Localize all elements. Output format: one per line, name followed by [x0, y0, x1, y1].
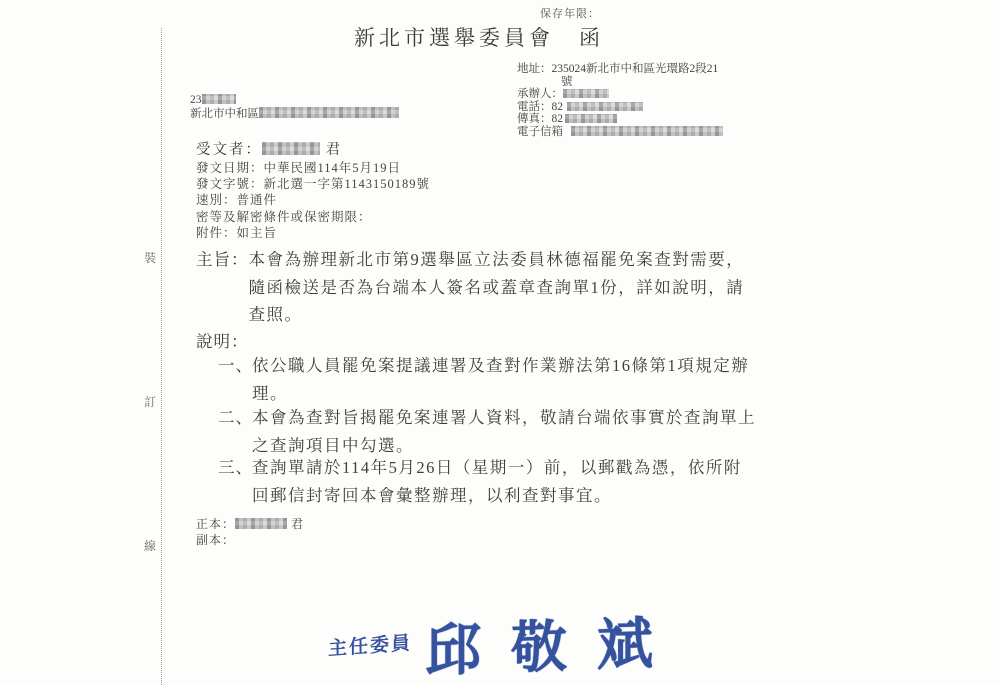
secrecy-line: 密等及解密條件或保密期限：: [196, 209, 430, 225]
document-title: 新北市選舉委員會 函: [354, 22, 604, 52]
explanation-item-3: 三、 查詢單請於114年5月26日（星期一）前，以郵戳為憑，依所附回郵信封寄回本…: [218, 454, 757, 509]
copies-block: 正本： 君 副本：: [196, 516, 304, 548]
speed-class-line: 速別：普通件: [196, 192, 430, 208]
redacted-original-recipient-name: [235, 518, 287, 529]
signature-name-stamp: 邱敬斌: [425, 598, 683, 685]
explanation-label: 說明：: [196, 328, 249, 352]
binding-mark-zhuang: 裝: [142, 249, 158, 266]
recipient-mailing-address: 23 新北市中和區: [190, 93, 399, 121]
issue-number-line: 發文字號：新北選一字第1143150189號: [196, 176, 430, 192]
explanation-item-2: 二、 本會為查對旨揭罷免案連署人資料，敬請台端依事實於查詢單上之查詢項目中勾選。: [218, 404, 757, 459]
retention-period-label: 保存年限：: [540, 5, 600, 21]
sender-email: 電子信箱: [517, 126, 723, 139]
sender-contact-person: 承辦人：: [517, 88, 723, 101]
redacted-contact-person: [563, 89, 609, 98]
item-2-text: 本會為查對旨揭罷免案連署人資料，敬請台端依事實於查詢單上之查詢項目中勾選。: [252, 404, 757, 459]
recipient-street-address: 新北市中和區: [190, 107, 399, 121]
original-copy-line: 正本： 君: [196, 516, 304, 532]
redacted-email-address: [571, 126, 723, 136]
subject-label: 主旨：: [196, 246, 249, 270]
sender-fax: 傳真：82: [517, 113, 723, 126]
item-3-text: 查詢單請於114年5月26日（星期一）前，以郵戳為憑，依所附回郵信封寄回本會彙整…: [252, 454, 757, 509]
binding-mark-ding: 訂: [142, 393, 158, 410]
item-2-number: 二、: [218, 404, 252, 428]
sender-contact-block: 地址：235024新北市中和區光環路2段21 號 承辦人： 電話：82 傳真：8…: [517, 63, 723, 138]
explanation-item-1: 一、 依公職人員罷免案提議連署及查對作業辦法第16條第1項規定辦理。: [218, 352, 757, 407]
issue-date-line: 發文日期：中華民國114年5月19日: [196, 160, 430, 176]
document-meta-block: 發文日期：中華民國114年5月19日 發文字號：新北選一字第1143150189…: [196, 160, 430, 241]
redacted-postal-code: [202, 94, 236, 104]
binding-dotted-line: [161, 28, 162, 685]
recipient-line: 受文者： 君: [196, 138, 342, 159]
recipient-postal-code: 23: [190, 93, 399, 107]
subject-block: 主旨： 本會為辦理新北市第9選舉區立法委員林德福罷免案查對需要，隨函檢送是否為台…: [196, 246, 754, 329]
sender-phone: 電話：82: [517, 101, 723, 114]
attachment-line: 附件：如主旨: [196, 225, 430, 241]
item-3-number: 三、: [218, 454, 252, 478]
duplicate-copy-line: 副本：: [196, 532, 304, 548]
redacted-recipient-name: [262, 142, 320, 155]
redacted-street-address: [259, 107, 399, 118]
binding-mark-xian: 線: [142, 537, 158, 554]
item-1-number: 一、: [218, 352, 252, 376]
scanned-official-letter: 裝 訂 線 保存年限： 新北市選舉委員會 函 地址：235024新北市中和區光環…: [0, 0, 1000, 685]
redacted-fax-number: [565, 114, 617, 123]
subject-text: 本會為辦理新北市第9選舉區立法委員林德福罷免案查對需要，隨函檢送是否為台端本人簽…: [249, 246, 754, 329]
sender-address-line1: 地址：235024新北市中和區光環路2段21: [517, 63, 723, 76]
redacted-phone-number: [567, 102, 643, 111]
signature-title: 主任委員: [328, 628, 412, 661]
item-1-text: 依公職人員罷免案提議連署及查對作業辦法第16條第1項規定辦理。: [252, 352, 757, 407]
sender-address-line2: 號: [517, 76, 723, 89]
